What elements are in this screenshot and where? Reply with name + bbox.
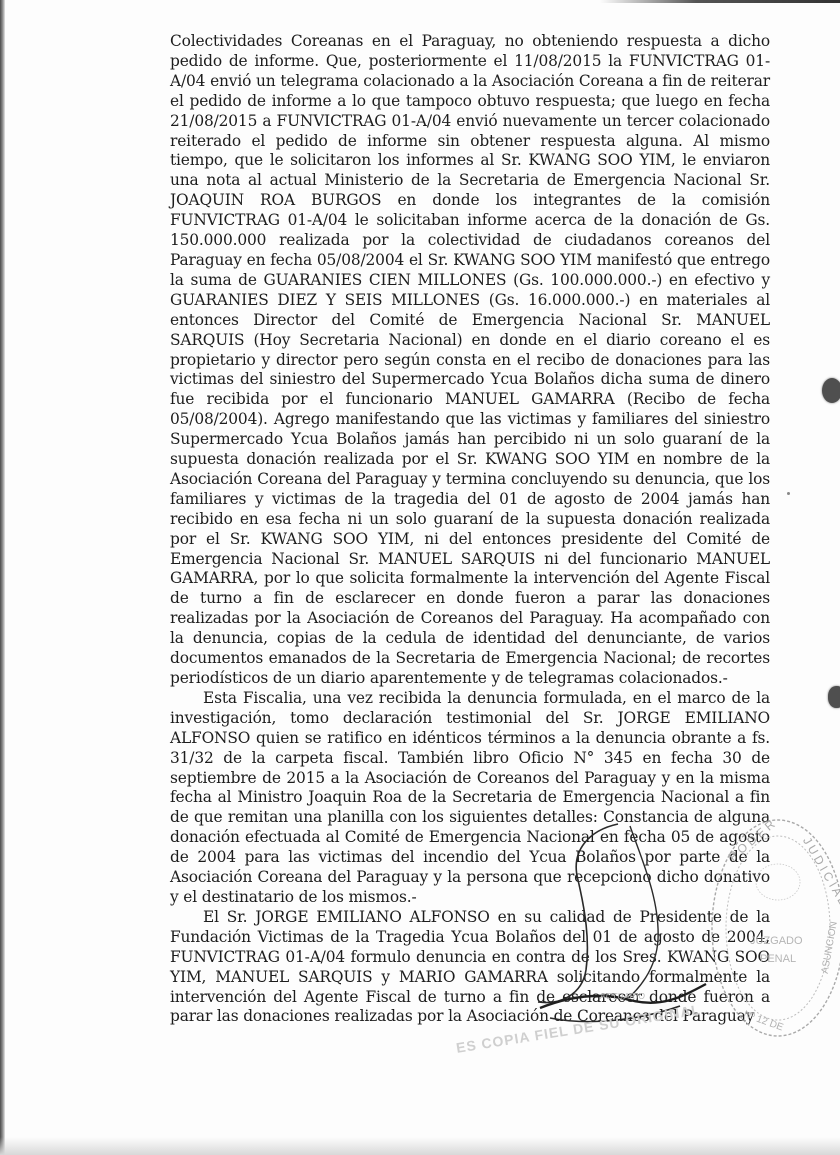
scan-left-edge bbox=[0, 0, 5, 1155]
svg-text:ASUNCION: ASUNCION bbox=[820, 921, 840, 975]
svg-text:J U D I C I A L: J U D I C I A L bbox=[800, 835, 840, 908]
punch-hole-icon bbox=[822, 378, 840, 403]
document-body: Colectividades Coreanas en el Paraguay, … bbox=[170, 32, 770, 1027]
scan-bottom-shadow bbox=[0, 1137, 840, 1155]
punch-hole-icon bbox=[828, 686, 840, 708]
paragraph-1: Colectividades Coreanas en el Paraguay, … bbox=[170, 32, 770, 689]
paragraph-2: Esta Fiscalia, una vez recibida la denun… bbox=[170, 689, 770, 908]
scanned-document-page: Colectividades Coreanas en el Paraguay, … bbox=[0, 0, 840, 1155]
actuario-label: ACTUARIO bbox=[600, 992, 645, 1001]
scan-top-edge bbox=[600, 0, 840, 3]
scan-speck bbox=[787, 492, 790, 495]
